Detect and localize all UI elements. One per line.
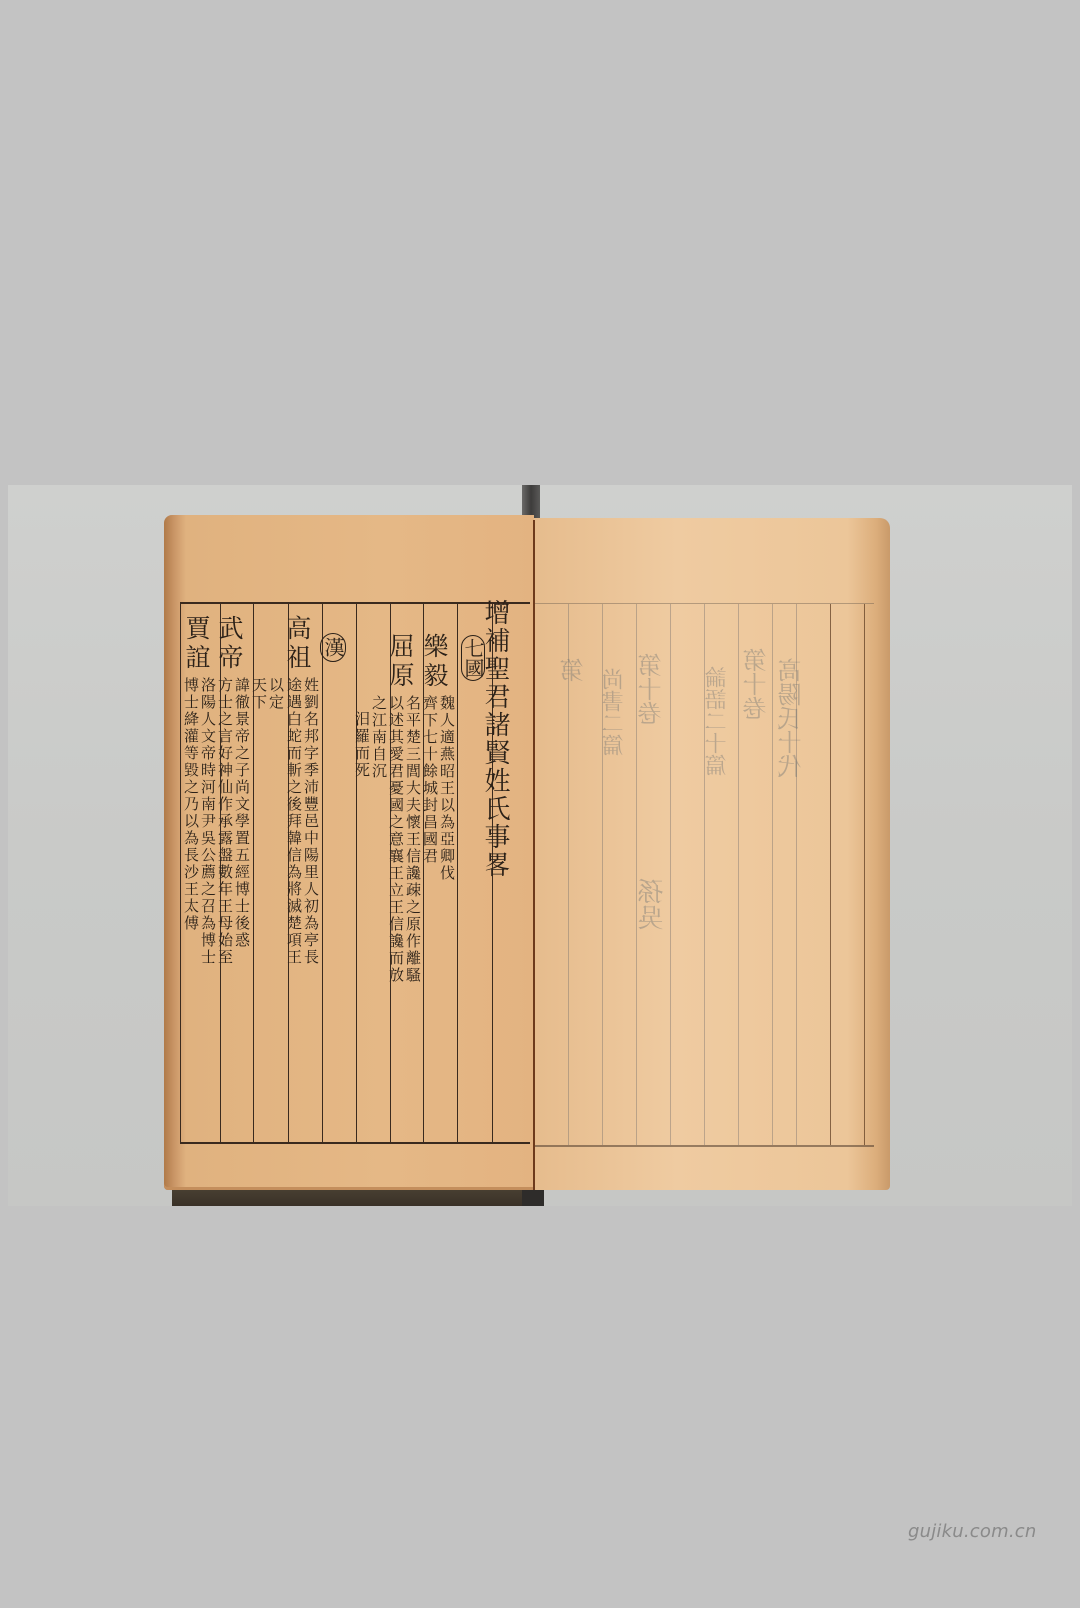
entry-name-gaozu: 高祖 — [285, 615, 310, 673]
section-heading-han: 漢 — [320, 633, 346, 662]
entry-note: 汨羅而死 — [354, 711, 369, 779]
entry-note: 之江南自沉 — [371, 695, 386, 780]
entry-note: 天下 — [251, 677, 266, 711]
ghost-text: 高陽氏十代 — [774, 658, 809, 778]
entry-note: 齊下七十餘城封昌國君 — [422, 695, 437, 865]
ghost-text: 論語二十篇 — [702, 666, 733, 776]
entry-note: 方士之言好神仙作承露盤數年王母始至 — [217, 677, 232, 966]
entry-name-wudi: 武帝 — [217, 615, 242, 673]
entry-note: 諱徹景帝之子尚文學置五經博士後惑 — [234, 677, 249, 949]
entry-note: 姓劉名邦字季沛豐邑中陽里人初為亭長 — [303, 677, 318, 966]
entry-note: 途遇白蛇而斬之後拜韓信為將滅楚項王 — [286, 677, 301, 966]
section-heading-seven-states: 七國 — [461, 635, 485, 681]
left-page: 增補聖君諸賢姓氏事畧 七國 樂毅 魏人適燕昭王以為亞卿伐 齊下七十餘城封昌國君 … — [164, 515, 534, 1190]
entry-note: 以定 — [268, 677, 283, 711]
ghost-text: 孫吳 — [634, 878, 671, 930]
entry-name-jia-yi: 賈誼 — [184, 615, 209, 673]
entry-note: 魏人適燕昭王以為亞卿伐 — [439, 695, 454, 882]
entry-name-yue-yi: 樂毅 — [422, 633, 447, 691]
watermark: gujiku.com.cn — [908, 1521, 1036, 1542]
ghost-text: 第 — [556, 658, 591, 682]
book-gutter — [533, 520, 535, 1190]
entry-note: 以述其愛君憂國之意襄王立王信讒而放 — [388, 695, 403, 984]
entry-note: 博士絳灌等毀之乃以為長沙王太傅 — [183, 677, 198, 932]
entry-note: 名平楚三閭大夫懷王信讒疎之原作離騷 — [405, 695, 420, 984]
ghost-text: 第十卷 — [739, 648, 774, 720]
entry-note: 洛陽人文帝時河南尹吳公薦之召為博士 — [200, 677, 215, 966]
book-title: 增補聖君諸賢姓氏事畧 — [482, 599, 508, 879]
entry-name-qu-yuan: 屈原 — [388, 633, 413, 691]
ghost-text: 第十卷 — [634, 653, 669, 725]
ghost-text: 尚書二篇 — [599, 668, 630, 756]
right-page: 高陽氏十代 第十卷 論語二十篇 第十卷 尚書二篇 第 孫吳 — [534, 518, 890, 1190]
